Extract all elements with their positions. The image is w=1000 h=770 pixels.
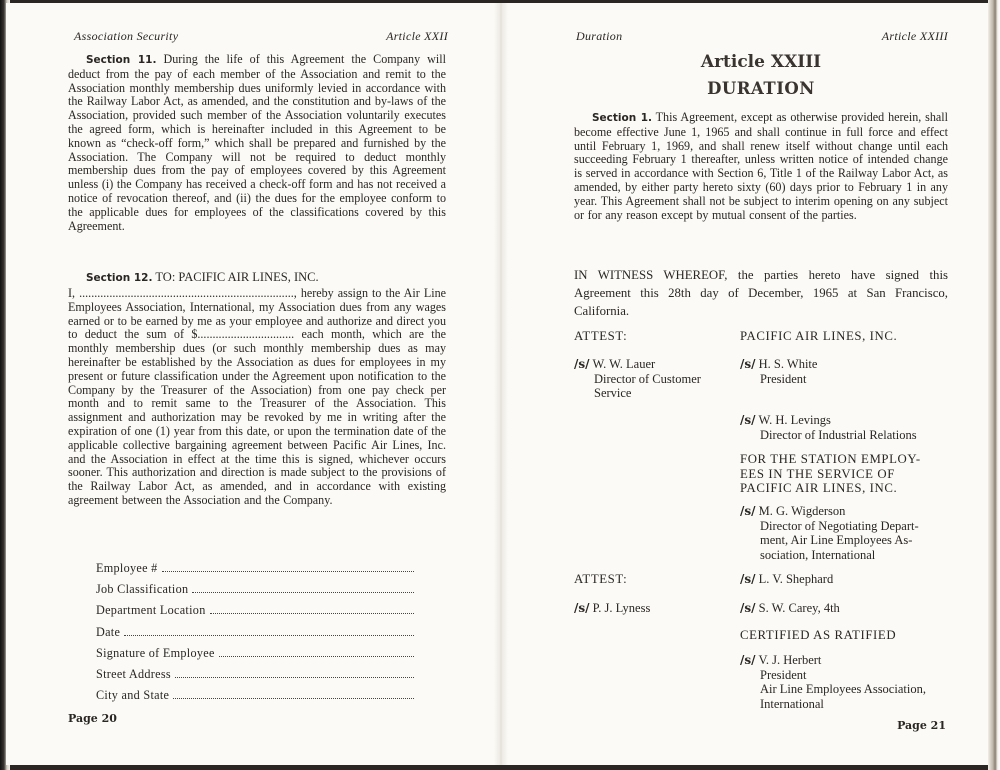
running-head-right: Article XXII: [386, 29, 448, 44]
blank-line: [219, 647, 414, 657]
blank-line: [162, 562, 414, 572]
checkoff-form-fields: Employee # Job Classification Department…: [96, 561, 414, 709]
witness-clause: IN WITNESS WHEREOF, the parties hereto h…: [574, 266, 948, 320]
section-1-label: Section 1.: [592, 112, 652, 124]
book-edge-right: [988, 0, 1000, 770]
section-12-addressee: TO: PACIFIC AIR LINES, INC.: [155, 270, 318, 284]
section-12-label: Section 12.: [86, 272, 152, 284]
running-head-left: Duration: [576, 29, 622, 44]
section-1-text: This Agreement, except as otherwise prov…: [574, 110, 948, 222]
signature-lyness: /s/ P. J. Lyness: [574, 601, 650, 616]
form-field-signature: Signature of Employee: [96, 646, 414, 667]
station-employees-heading: FOR THE STATION EMPLOY- EES IN THE SERVI…: [740, 452, 921, 496]
signature-mark: /s/: [740, 653, 756, 667]
signature-wigderson: /s/ M. G. Wigderson Director of Negotiat…: [740, 504, 919, 562]
blank-line: [192, 583, 414, 593]
signature-mark: /s/: [574, 357, 590, 371]
page-number-right: Page 21: [897, 719, 946, 732]
signature-mark: /s/: [740, 413, 756, 427]
form-field-job-classification: Job Classification: [96, 582, 414, 603]
signature-mark: /s/: [740, 504, 756, 518]
blank-line: [124, 626, 414, 636]
signature-white: /s/ H. S. White President: [740, 357, 817, 386]
section-11: Section 11. During the life of this Agre…: [68, 53, 446, 233]
form-field-employee-number: Employee #: [96, 561, 414, 582]
form-field-department-location: Department Location: [96, 603, 414, 624]
signature-mark: /s/: [740, 357, 756, 371]
form-field-street-address: Street Address: [96, 667, 414, 688]
blank-line: [173, 689, 414, 699]
signature-mark: /s/: [574, 601, 590, 615]
form-field-city-state: City and State: [96, 688, 414, 709]
article-subtitle: DURATION: [574, 79, 948, 98]
page-number-left: Page 20: [68, 712, 117, 725]
section-11-label: Section 11.: [86, 54, 156, 66]
certified-as-ratified: CERTIFIED AS RATIFIED: [740, 628, 896, 643]
signature-mark: /s/: [740, 601, 756, 615]
section-12-heading: Section 12. TO: PACIFIC AIR LINES, INC.: [86, 270, 319, 285]
article-title: Article XXIII: [574, 52, 948, 72]
signature-lauer: /s/ W. W. Lauer Director of Customer Ser…: [574, 357, 701, 401]
running-head-left: Association Security: [74, 29, 178, 44]
attest-label-2: ATTEST:: [574, 572, 627, 587]
section-1: Section 1. This Agreement, except as oth…: [574, 111, 948, 222]
signature-levings: /s/ W. H. Levings Director of Industrial…: [740, 413, 917, 442]
section-11-text: During the life of this Agreement the Co…: [68, 52, 446, 233]
signature-shephard: /s/ L. V. Shephard: [740, 572, 833, 587]
signature-herbert: /s/ V. J. Herbert President Air Line Emp…: [740, 653, 926, 711]
blank-line: [175, 668, 414, 678]
company-name: PACIFIC AIR LINES, INC.: [740, 329, 897, 344]
attest-label-1: ATTEST:: [574, 329, 627, 344]
signature-carey: /s/ S. W. Carey, 4th: [740, 601, 840, 616]
running-head-right: Article XXIII: [882, 29, 948, 44]
book-gutter: [494, 3, 508, 765]
signature-mark: /s/: [740, 572, 756, 586]
section-12-text: I, .....................................…: [68, 287, 446, 508]
blank-line: [210, 604, 414, 614]
form-field-date: Date: [96, 625, 414, 646]
